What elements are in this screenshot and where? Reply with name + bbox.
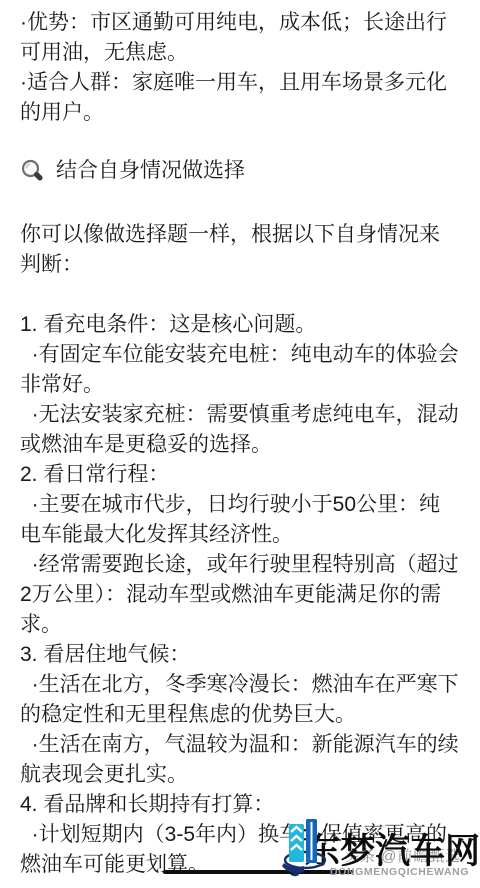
magnifier-icon (20, 158, 46, 184)
text-line: ·计划短期内（3-5年内）换车：保值率更高的燃油车可能更划算。 (20, 820, 460, 880)
text-line: 2. 看日常行程： (20, 460, 460, 490)
section-header-title: 结合自身情况做选择 (56, 156, 245, 186)
article-body: ·优势：市区通勤可用纯电，成本低；长途出行可用油，无焦虑。·适合人群：家庭唯一用… (0, 0, 480, 880)
text-line: 你可以像做选择题一样，根据以下自身情况来判断： (20, 220, 460, 280)
text-line: ·生活在北方，冬季寒冷漫长：燃油车在严寒下的稳定性和无里程焦虑的优势巨大。 (20, 670, 460, 730)
text-line: ·优势：市区通勤可用纯电，成本低；长途出行可用油，无焦虑。 (20, 8, 460, 68)
text-line: ·主要在城市代步，日均行驶小于50公里：纯电车能最大化发挥其经济性。 (20, 490, 460, 550)
text-line: ·无法安装家充桩：需要慎重考虑纯电车，混动或燃油车是更稳妥的选择。 (20, 400, 460, 460)
text-line: 3. 看居住地气候： (20, 640, 460, 670)
text-line: ·适合人群：家庭唯一用车，且用车场景多元化的用户。 (20, 68, 460, 128)
text-line: 4. 看品牌和长期持有打算： (20, 790, 460, 820)
text-line: ·经常需要跑长途，或年行驶里程特别高（超过2万公里）：混动车型或燃油车更能满足你… (20, 550, 460, 640)
text-line: ·生活在南方，气温较为温和：新能源汽车的续航表现会更扎实。 (20, 730, 460, 790)
text-line: 1. 看充电条件：这是核心问题。 (20, 310, 460, 340)
text-line: ·有固定车位能安装充电桩：纯电动车的体验会非常好。 (20, 340, 460, 400)
section-header: 结合自身情况做选择 (20, 156, 460, 186)
